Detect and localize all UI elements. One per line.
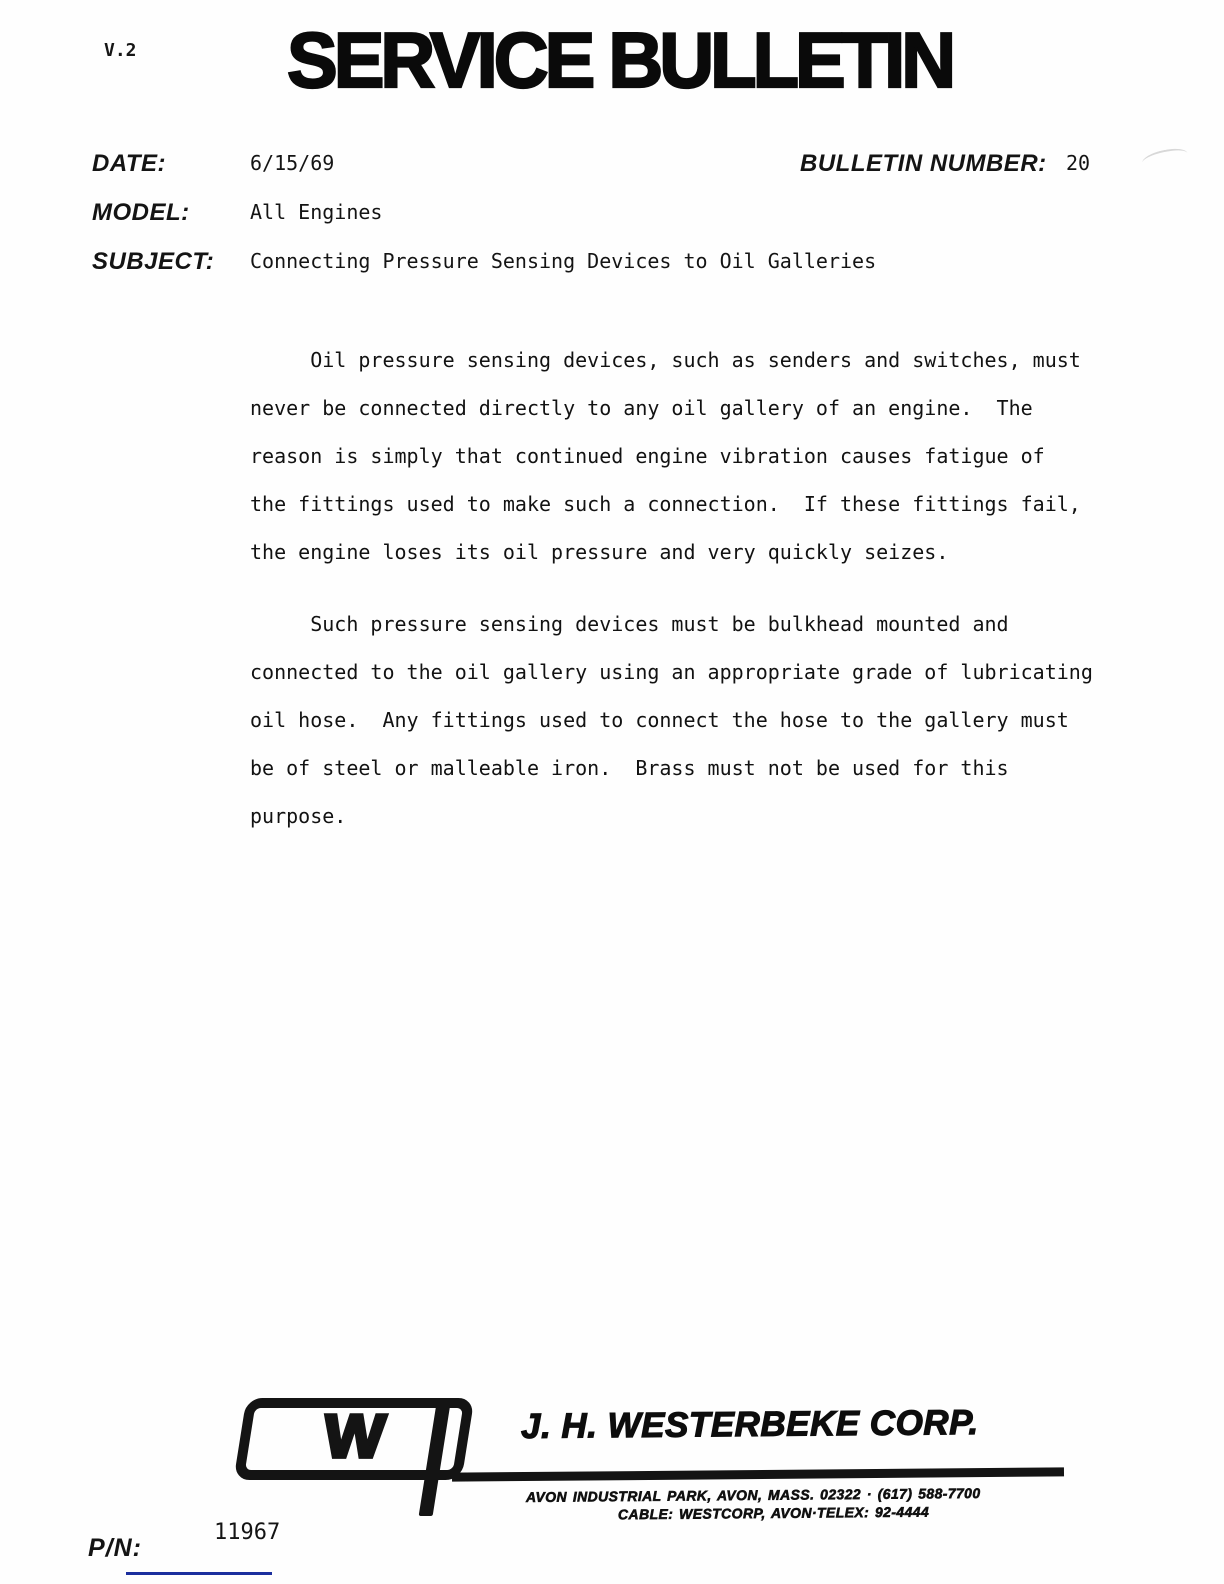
company-name: J. H. WESTERBEKE CORP. — [521, 1403, 979, 1447]
date-label: DATE: — [92, 150, 166, 178]
body-line: Such pressure sensing devices must be bu… — [250, 600, 1150, 648]
body-line: the fittings used to make such a connect… — [250, 480, 1150, 528]
part-number-label: P/N: — [88, 1534, 142, 1563]
service-bulletin-page: V.2 SERVICE BULLETIN DATE: 6/15/69 BULLE… — [0, 0, 1224, 1584]
body-line: purpose. — [250, 792, 1150, 840]
date-value: 6/15/69 — [250, 151, 334, 175]
westerbeke-w-icon: W — [321, 1401, 388, 1471]
subject-value: Connecting Pressure Sensing Devices to O… — [250, 249, 876, 273]
part-number-value: 11967 — [214, 1520, 280, 1545]
company-cable-telex: CABLE: WESTCORP, AVON·TELEX: 92-4444 — [618, 1504, 929, 1523]
body-line: be of steel or malleable iron. Brass mus… — [250, 744, 1150, 792]
body-line: never be connected directly to any oil g… — [250, 384, 1150, 432]
part-number-underline — [126, 1572, 272, 1575]
body-line: Oil pressure sensing devices, such as se… — [250, 336, 1150, 384]
model-value: All Engines — [250, 200, 382, 224]
header-row-subject: SUBJECT: Connecting Pressure Sensing Dev… — [0, 248, 1224, 278]
page-title: SERVICE BULLETIN — [287, 18, 952, 105]
company-address: AVON INDUSTRIAL PARK, AVON, MASS. 02322 … — [526, 1485, 981, 1505]
body-line: connected to the oil gallery using an ap… — [250, 648, 1150, 696]
body-line: oil hose. Any fittings used to connect t… — [250, 696, 1150, 744]
paragraph-2: Such pressure sensing devices must be bu… — [250, 600, 1150, 840]
subject-label: SUBJECT: — [92, 248, 214, 276]
logo-horizontal-rule — [452, 1467, 1064, 1481]
header-row-model: MODEL: All Engines — [0, 199, 1224, 229]
body-line: reason is simply that continued engine v… — [250, 432, 1150, 480]
model-label: MODEL: — [92, 199, 190, 227]
bulletin-number-label: BULLETIN NUMBER: — [800, 150, 1047, 178]
bulletin-number-value: 20 — [1066, 151, 1090, 175]
body-line: the engine loses its oil pressure and ve… — [250, 528, 1150, 576]
paragraph-1: Oil pressure sensing devices, such as se… — [250, 336, 1150, 576]
version-label: V.2 — [104, 40, 137, 61]
header-row-date: DATE: 6/15/69 BULLETIN NUMBER: 20 — [0, 150, 1224, 180]
